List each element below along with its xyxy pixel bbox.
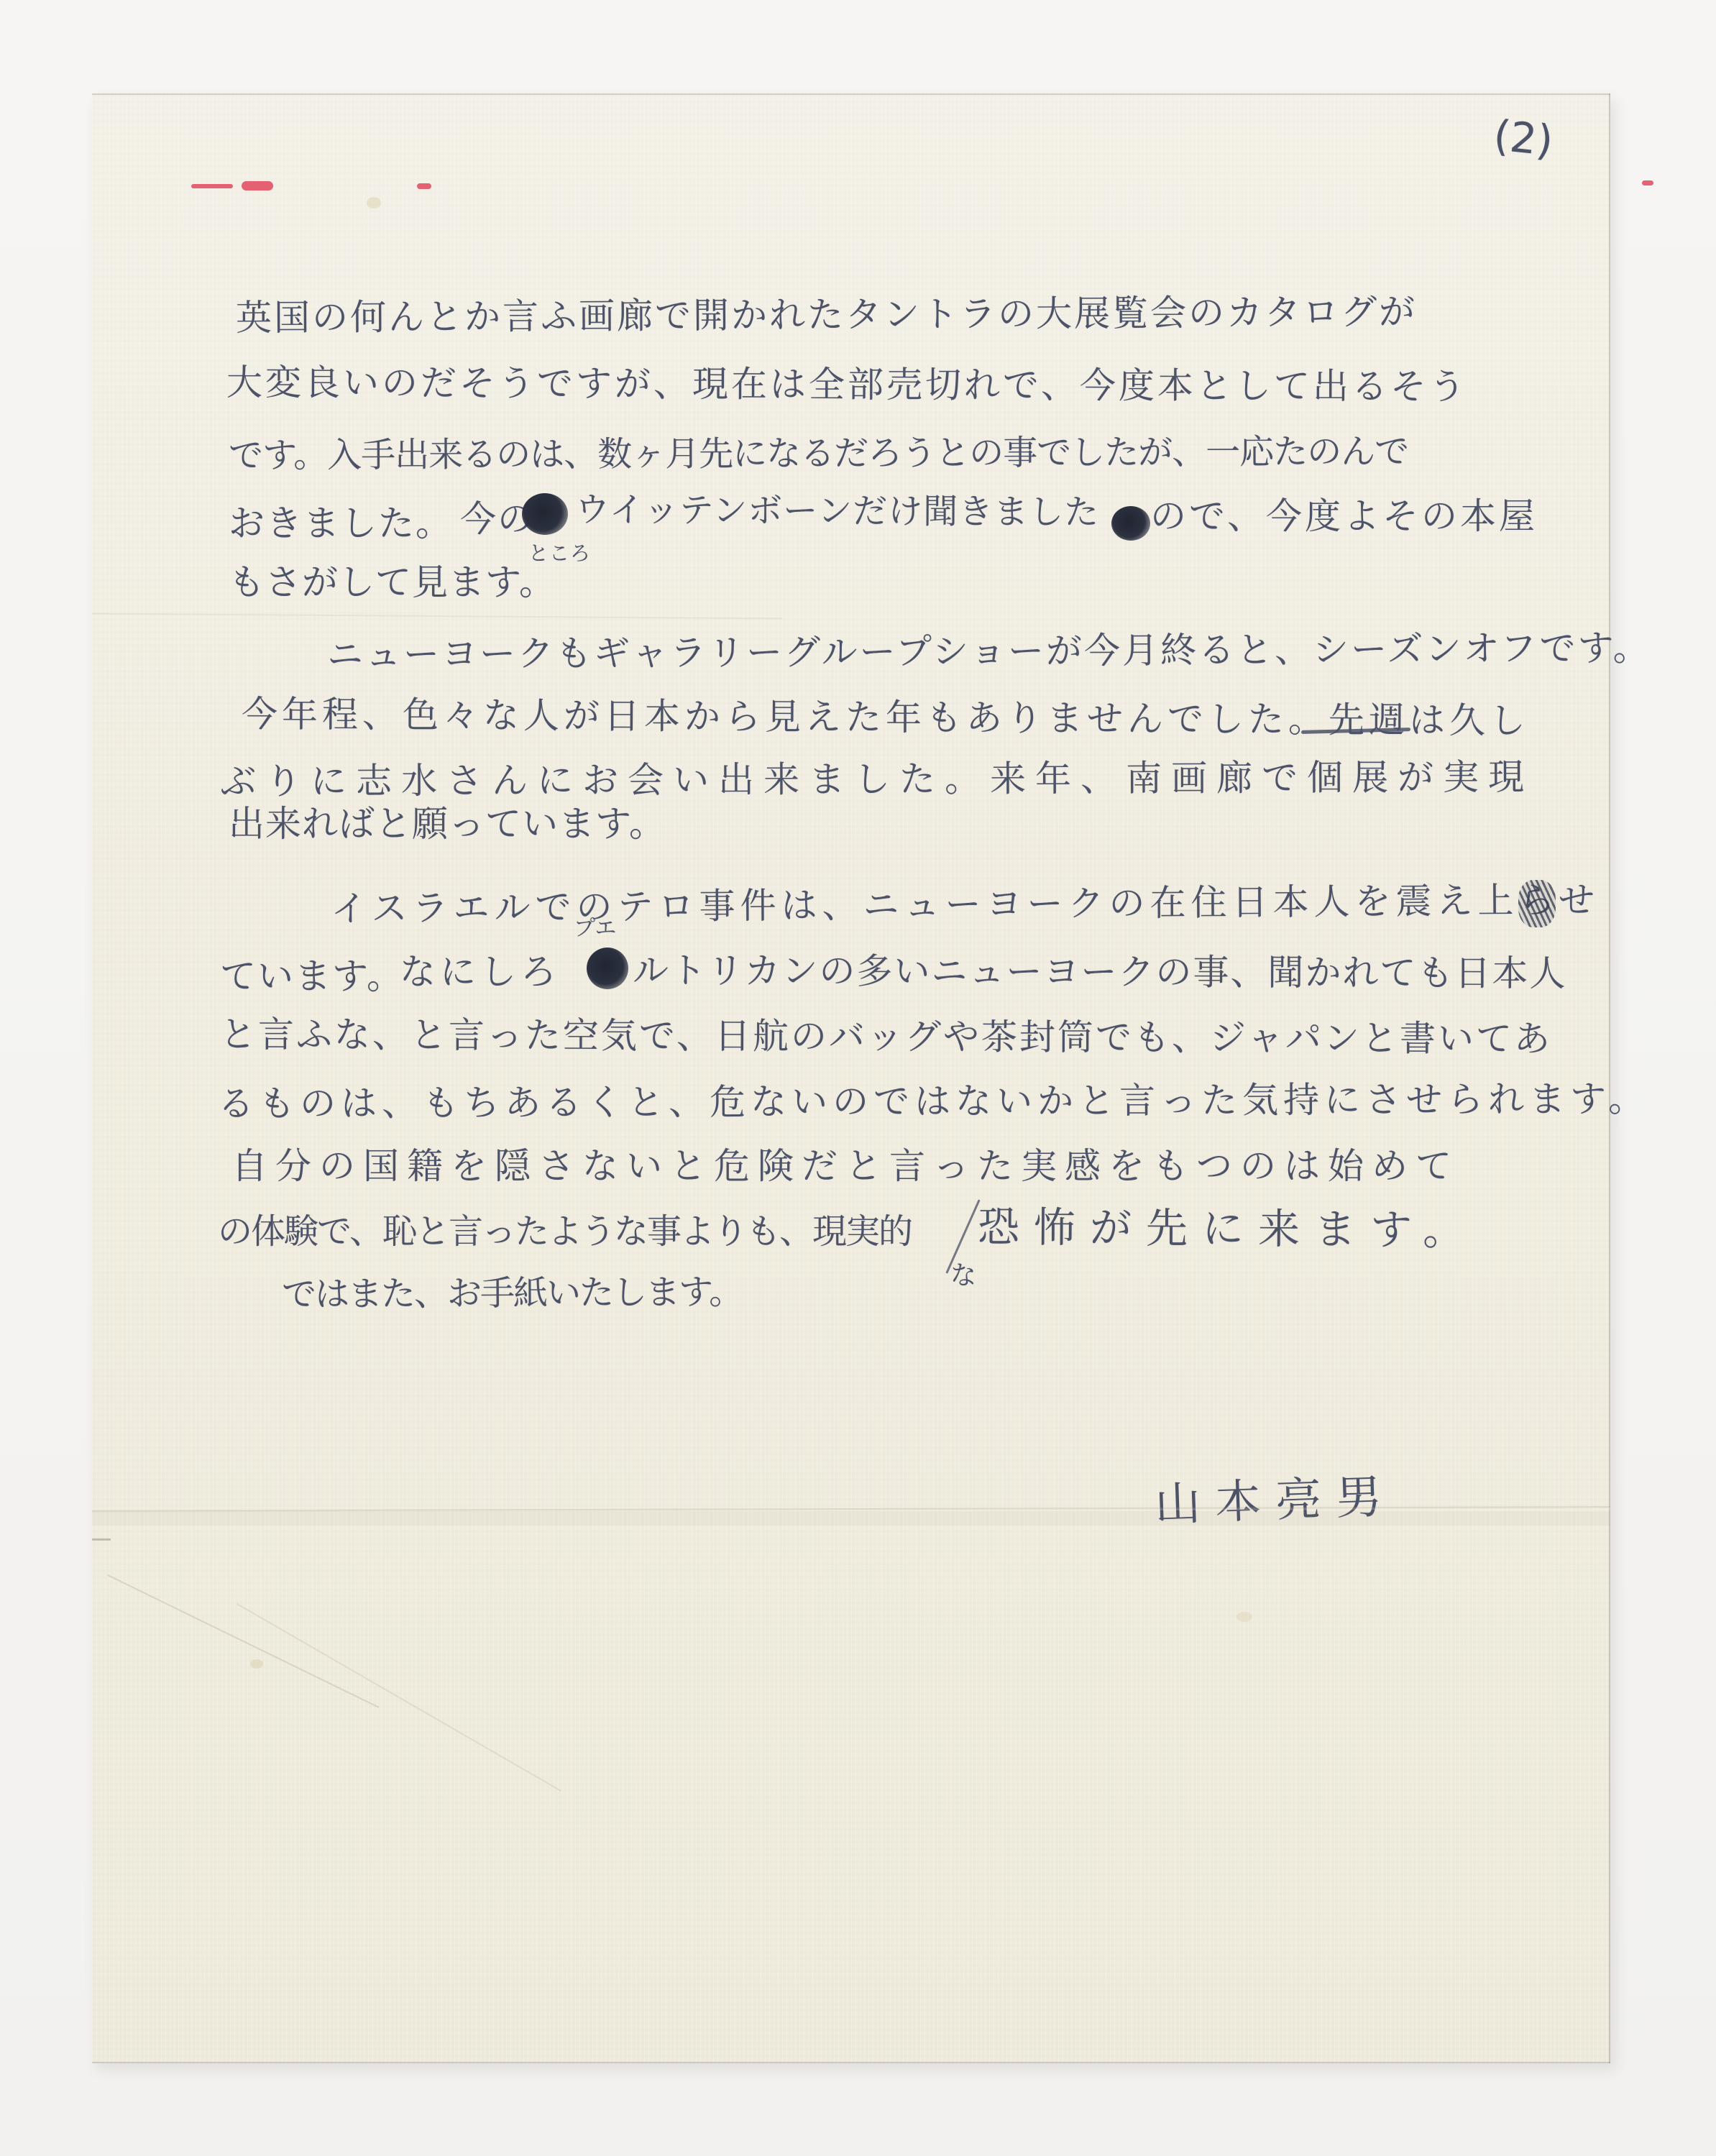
- letter-line-9: 出来ればと願っています。: [229, 795, 666, 847]
- letter-line-6: ニューヨークもギャラリーグループショーが今月終ると、シーズンオフです。: [327, 619, 1651, 678]
- letter-line-4-part-c: ウイッテンボーンだけ聞きました: [575, 482, 1100, 534]
- insertion-note-pue: プエ: [574, 910, 618, 942]
- red-edge-mark: [1642, 180, 1653, 185]
- red-edge-mark: [242, 181, 273, 191]
- paper-stain: [367, 197, 381, 208]
- insertion-note-na: な: [950, 1255, 977, 1292]
- scanned-letter-page: { "document": { "kind": "handwritten let…: [0, 0, 1716, 2156]
- letter-line-13: るものは、もちあるくと、危ないのではないかと言った気持にさせられます。: [218, 1070, 1649, 1127]
- letter-line-7: 今年程、色々な人が日本から見えた年もありませんでした。先週は久し: [242, 685, 1530, 743]
- strikeout-scribble: [1518, 880, 1556, 927]
- ink-blot: [1111, 506, 1150, 541]
- red-edge-mark: [191, 184, 233, 188]
- letter-line-3: です。入手出来るのは、数ヶ月先になるだろうとの事でしたが、一応たのんで: [229, 423, 1408, 477]
- letter-line-2: 大変良いのだそうですが、現在は全部売切れで、今度本として出るそう: [226, 354, 1468, 410]
- letter-line-11-part-c: ルトリカンの多いニューヨークの事、聞かれても日本人: [633, 942, 1567, 997]
- ink-blot: [522, 493, 568, 535]
- letter-line-11-part-a: ています。: [220, 948, 404, 999]
- letter-line-12: と言ふな、と言った空気で、日航のバッグや茶封筒でも、ジャパンと書いてあ: [220, 1006, 1552, 1062]
- letter-line-15-part-a: の体験で、恥と言ったような事よりも、現実的: [218, 1203, 912, 1253]
- letter-line-14: 自分の国籍を隠さないと危険だと言った実感をもつのは始めて: [231, 1137, 1459, 1189]
- letter-line-11-part-b: なにしろ: [400, 943, 561, 995]
- paper-stain: [250, 1659, 263, 1669]
- signature: 山本亮男: [1153, 1459, 1397, 1534]
- letter-line-16: ではまた、お手紙いたします。: [282, 1264, 743, 1316]
- letter-line-4-part-a: おきました。: [229, 495, 453, 546]
- letter-line-4-part-d: ので、今度よその本屋: [1150, 487, 1538, 539]
- red-edge-mark: [417, 183, 431, 189]
- letter-line-1: 英国の何んとか言ふ画廊で開かれたタントラの大展覧会のカタログが: [236, 283, 1417, 341]
- page-number: (2): [1492, 111, 1556, 165]
- letter-line-10: イスラエルでのテロ事件は、ニューヨークの在住日本人を震え上らせ: [331, 871, 1600, 932]
- paper-stain: [1236, 1612, 1252, 1622]
- ink-blot: [587, 948, 628, 989]
- letter-line-15-part-b: 恐怖が先に来ます。: [978, 1193, 1479, 1257]
- letter-line-5: もさがして見ます。: [229, 554, 556, 605]
